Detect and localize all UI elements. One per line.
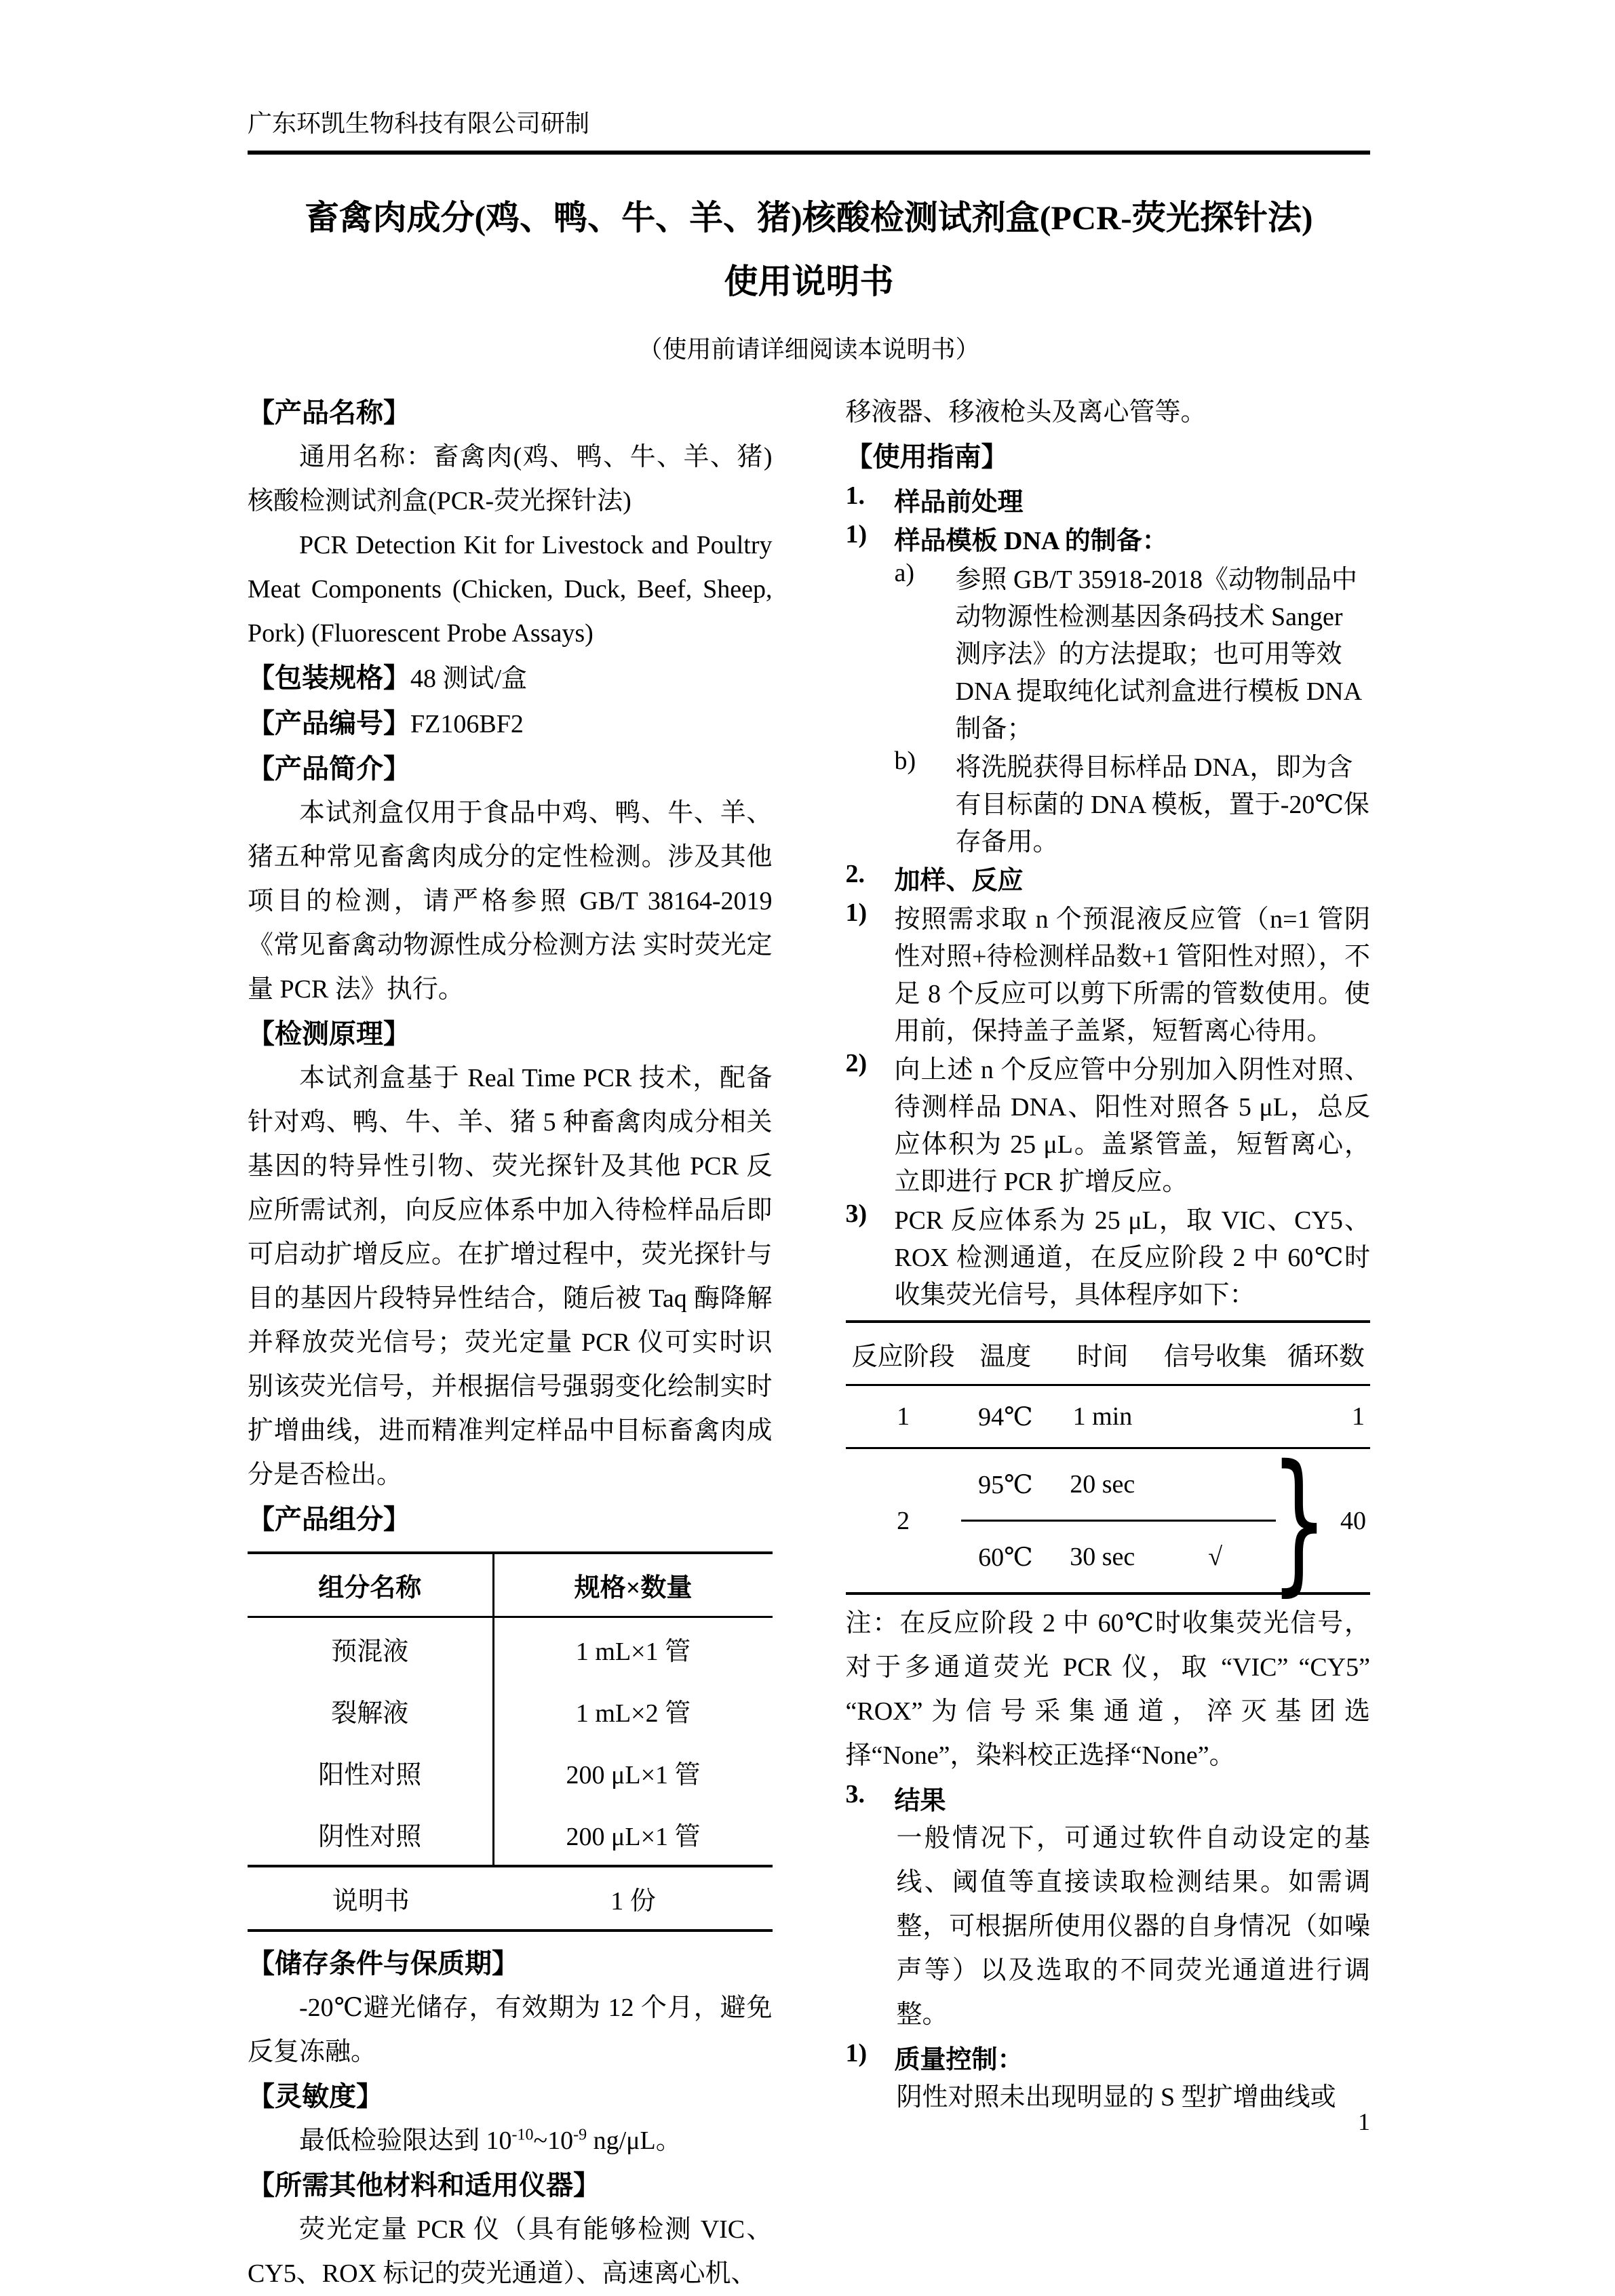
component-spec: 200 μL×1 管 — [494, 1741, 773, 1803]
signal-value — [1155, 1386, 1276, 1447]
list-item-text: 按照需求取 n 个预混液反应管（n=1 管阴性对照+待检测样品数+1 管阳性对照… — [895, 898, 1371, 1047]
time-value: 20 sec — [1050, 1449, 1155, 1520]
catalog-number-line: 【产品编号】FZ106BF2 — [248, 701, 773, 747]
list-item-text: 将洗脱获得目标样品 DNA，即为含有目标菌的 DNA 模板，置于-20℃保存备用… — [956, 746, 1371, 858]
package-spec-value: 48 测试/盒 — [410, 665, 527, 693]
pcr-table-note: 注：在反应阶段 2 中 60℃时收集荧光信号，对于多通道荧光 PCR 仪，取 “… — [846, 1602, 1371, 1778]
left-column: 【产品名称】 通用名称：畜禽肉(鸡、鸭、牛、羊、猪)核酸检测试剂盒(PCR-荧光… — [248, 391, 773, 2296]
section-heading-components: 【产品组分】 — [248, 1497, 773, 1542]
list-item-text: PCR 反应体系为 25 μL，取 VIC、CY5、ROX 检测通道，在反应阶段… — [895, 1199, 1371, 1311]
section-heading-package-spec: 【包装规格】 — [248, 663, 410, 693]
list-item-step3: 3) PCR 反应体系为 25 μL，取 VIC、CY5、ROX 检测通道，在反… — [846, 1199, 1371, 1311]
components-table: 组分名称 规格×数量 预混液 1 mL×1 管 裂解液 1 mL×2 管 阳性对… — [248, 1551, 773, 1932]
pcr-col-time-header: 时间 — [1050, 1323, 1155, 1384]
list-number: 1) — [846, 898, 895, 1047]
component-spec: 200 μL×1 管 — [494, 1803, 773, 1865]
temp-value: 60℃ — [961, 1522, 1050, 1592]
list-item-sample-pretreatment: 1. 样品前处理 — [846, 481, 1371, 518]
cycle-brace-glyph: } — [1272, 1431, 1326, 1610]
product-intro-paragraph: 本试剂盒仅用于食品中鸡、鸭、牛、羊、猪五种常见畜禽肉成分的定性检测。涉及其他项目… — [248, 791, 773, 1012]
pcr-program-table: 反应阶段 温度 时间 信号收集 循环数 1 94℃ 1 min 1 2 — [846, 1320, 1371, 1595]
section-heading-product-intro: 【产品简介】 — [248, 747, 773, 791]
list-item-title: 结果 — [895, 1779, 1371, 1817]
main-title: 畜禽肉成分(鸡、鸭、牛、羊、猪)核酸检测试剂盒(PCR-荧光探针法) — [248, 194, 1370, 241]
list-number: 1) — [846, 519, 895, 557]
list-number: 3) — [846, 1199, 895, 1311]
page-content: 广东环凯生物科技有限公司研制 畜禽肉成分(鸡、鸭、牛、羊、猪)核酸检测试剂盒(P… — [248, 0, 1370, 2296]
component-name: 说明书 — [248, 1867, 494, 1929]
section-heading-storage: 【储存条件与保质期】 — [248, 1941, 773, 1986]
stage2-step2: 60℃ 30 sec √ — [961, 1522, 1276, 1592]
list-item-results: 3. 结果 — [846, 1779, 1371, 1817]
list-number: 2) — [846, 1048, 895, 1198]
list-item-step1: 1) 按照需求取 n 个预混液反应管（n=1 管阴性对照+待检测样品数+1 管阳… — [846, 898, 1371, 1047]
pcr-stage2-row: 2 95℃ 20 sec 60℃ 30 sec √ — [846, 1447, 1371, 1592]
table-row: 阳性对照 200 μL×1 管 — [248, 1741, 773, 1803]
component-spec: 1 份 — [494, 1867, 773, 1929]
detection-principle-paragraph: 本试剂盒基于 Real Time PCR 技术，配备针对鸡、鸭、牛、羊、猪 5 … — [248, 1056, 773, 1497]
pcr-col-signal-header: 信号收集 — [1155, 1323, 1276, 1384]
generic-name-paragraph: 通用名称：畜禽肉(鸡、鸭、牛、羊、猪)核酸检测试剂盒(PCR-荧光探针法) — [248, 435, 773, 523]
table-row: 说明书 1 份 — [248, 1865, 773, 1929]
list-item-template-dna: 1) 样品模板 DNA 的制备： — [846, 519, 1371, 557]
list-label: b) — [895, 746, 956, 858]
pcr-table-header-row: 反应阶段 温度 时间 信号收集 循环数 — [846, 1323, 1371, 1384]
stage2-step1: 95℃ 20 sec — [961, 1449, 1276, 1522]
time-value: 30 sec — [1050, 1522, 1155, 1592]
table-row: 裂解液 1 mL×2 管 — [248, 1680, 773, 1741]
section-heading-catalog-number: 【产品编号】 — [248, 709, 410, 738]
list-item-extraction-a: a) 参照 GB/T 35918-2018《动物制品中动物源性检测基因条码技术 … — [895, 558, 1371, 745]
sensitivity-prefix: 最低检验限达到 10 — [299, 2126, 512, 2155]
pcr-col-temp-header: 温度 — [961, 1323, 1050, 1384]
package-spec-line: 【包装规格】48 测试/盒 — [248, 656, 773, 701]
component-spec: 1 mL×1 管 — [494, 1618, 773, 1680]
signal-value — [1155, 1449, 1276, 1520]
table-row: 预混液 1 mL×1 管 — [248, 1618, 773, 1680]
component-name: 裂解液 — [248, 1680, 494, 1741]
pcr-col-stage-header: 反应阶段 — [846, 1323, 961, 1384]
read-before-use-note: （使用前请详细阅读本说明书） — [248, 332, 1370, 366]
catalog-number-value: FZ106BF2 — [410, 710, 524, 738]
list-item-loading-reaction: 2. 加样、反应 — [846, 859, 1371, 896]
doc-subtitle: 使用说明书 — [248, 258, 1370, 305]
stage-value: 1 — [846, 1386, 961, 1447]
temp-value: 95℃ — [961, 1449, 1050, 1520]
right-column: 移液器、移液枪头及离心管等。 【使用指南】 1. 样品前处理 1) 样品模板 D… — [846, 391, 1371, 2120]
time-value: 1 min — [1050, 1386, 1155, 1447]
storage-paragraph: -20℃避光储存，有效期为 12 个月，避免反复冻融。 — [248, 1986, 773, 2074]
component-spec: 1 mL×2 管 — [494, 1680, 773, 1741]
components-table-header-row: 组分名称 规格×数量 — [248, 1554, 773, 1618]
section-heading-user-guide: 【使用指南】 — [846, 435, 1371, 479]
list-item-title: 质量控制： — [895, 2038, 1371, 2076]
component-name: 预混液 — [248, 1618, 494, 1680]
sensitivity-paragraph: 最低检验限达到 10-10~10-9 ng/μL。 — [248, 2119, 773, 2163]
title-block: 畜禽肉成分(鸡、鸭、牛、羊、猪)核酸检测试剂盒(PCR-荧光探针法) 使用说明书… — [248, 194, 1370, 366]
list-number: 3. — [846, 1779, 895, 1817]
list-item-step2: 2) 向上述 n 个反应管中分别加入阴性对照、待测样品 DNA、阳性对照各 5 … — [846, 1048, 1371, 1198]
list-item-quality-control: 1) 质量控制： — [846, 2038, 1371, 2076]
materials-continued-paragraph: 移液器、移液枪头及离心管等。 — [846, 391, 1371, 435]
table-row: 阴性对照 200 μL×1 管 — [248, 1803, 773, 1865]
list-number: 1) — [846, 2038, 895, 2076]
pcr-col-cycles-header: 循环数 — [1276, 1323, 1370, 1384]
page-number: 1 — [1358, 2107, 1370, 2136]
sensitivity-exponent: -10 — [512, 2126, 534, 2143]
header-rule — [248, 151, 1370, 155]
sensitivity-suffix: ng/μL。 — [587, 2126, 682, 2155]
signal-checkmark: √ — [1155, 1522, 1276, 1592]
section-heading-product-name: 【产品名称】 — [248, 391, 773, 435]
list-item-extraction-b: b) 将洗脱获得目标样品 DNA，即为含有目标菌的 DNA 模板，置于-20℃保… — [895, 746, 1371, 858]
section-heading-detection-principle: 【检测原理】 — [248, 1012, 773, 1056]
sensitivity-exponent: -9 — [573, 2126, 587, 2143]
sensitivity-middle: ~10 — [534, 2126, 574, 2155]
company-name: 广东环凯生物科技有限公司研制 — [248, 107, 1370, 140]
results-paragraph: 一般情况下，可通过软件自动设定的基线、阈值等直接读取检测结果。如需调整，可根据所… — [897, 1817, 1371, 2037]
quality-control-paragraph: 阴性对照未出现明显的 S 型扩增曲线或 — [897, 2076, 1371, 2120]
stage-value: 2 — [846, 1449, 961, 1592]
list-item-title: 样品前处理 — [895, 481, 1371, 518]
components-col-spec-header: 规格×数量 — [494, 1554, 773, 1616]
list-item-text: 向上述 n 个反应管中分别加入阴性对照、待测样品 DNA、阳性对照各 5 μL，… — [895, 1048, 1371, 1198]
document-page: 广东环凯生物科技有限公司研制 畜禽肉成分(鸡、鸭、牛、羊、猪)核酸检测试剂盒(P… — [0, 0, 1615, 2283]
english-name-paragraph: PCR Detection Kit for Livestock and Poul… — [248, 523, 773, 656]
list-number: 1. — [846, 481, 895, 518]
list-number: 2. — [846, 859, 895, 896]
section-heading-sensitivity: 【灵敏度】 — [248, 2074, 773, 2119]
temp-value: 94℃ — [961, 1386, 1050, 1447]
list-item-text: 参照 GB/T 35918-2018《动物制品中动物源性检测基因条码技术 San… — [956, 558, 1371, 745]
section-heading-materials: 【所需其他材料和适用仪器】 — [248, 2163, 773, 2208]
components-col-name-header: 组分名称 — [248, 1554, 494, 1616]
two-column-body: 【产品名称】 通用名称：畜禽肉(鸡、鸭、牛、羊、猪)核酸检测试剂盒(PCR-荧光… — [248, 391, 1370, 2296]
list-item-title: 样品模板 DNA 的制备： — [895, 519, 1371, 557]
stage2-steps: 95℃ 20 sec 60℃ 30 sec √ — [961, 1449, 1276, 1592]
component-name: 阳性对照 — [248, 1741, 494, 1803]
list-label: a) — [895, 558, 956, 745]
component-name: 阴性对照 — [248, 1803, 494, 1865]
list-item-title: 加样、反应 — [895, 859, 1371, 896]
